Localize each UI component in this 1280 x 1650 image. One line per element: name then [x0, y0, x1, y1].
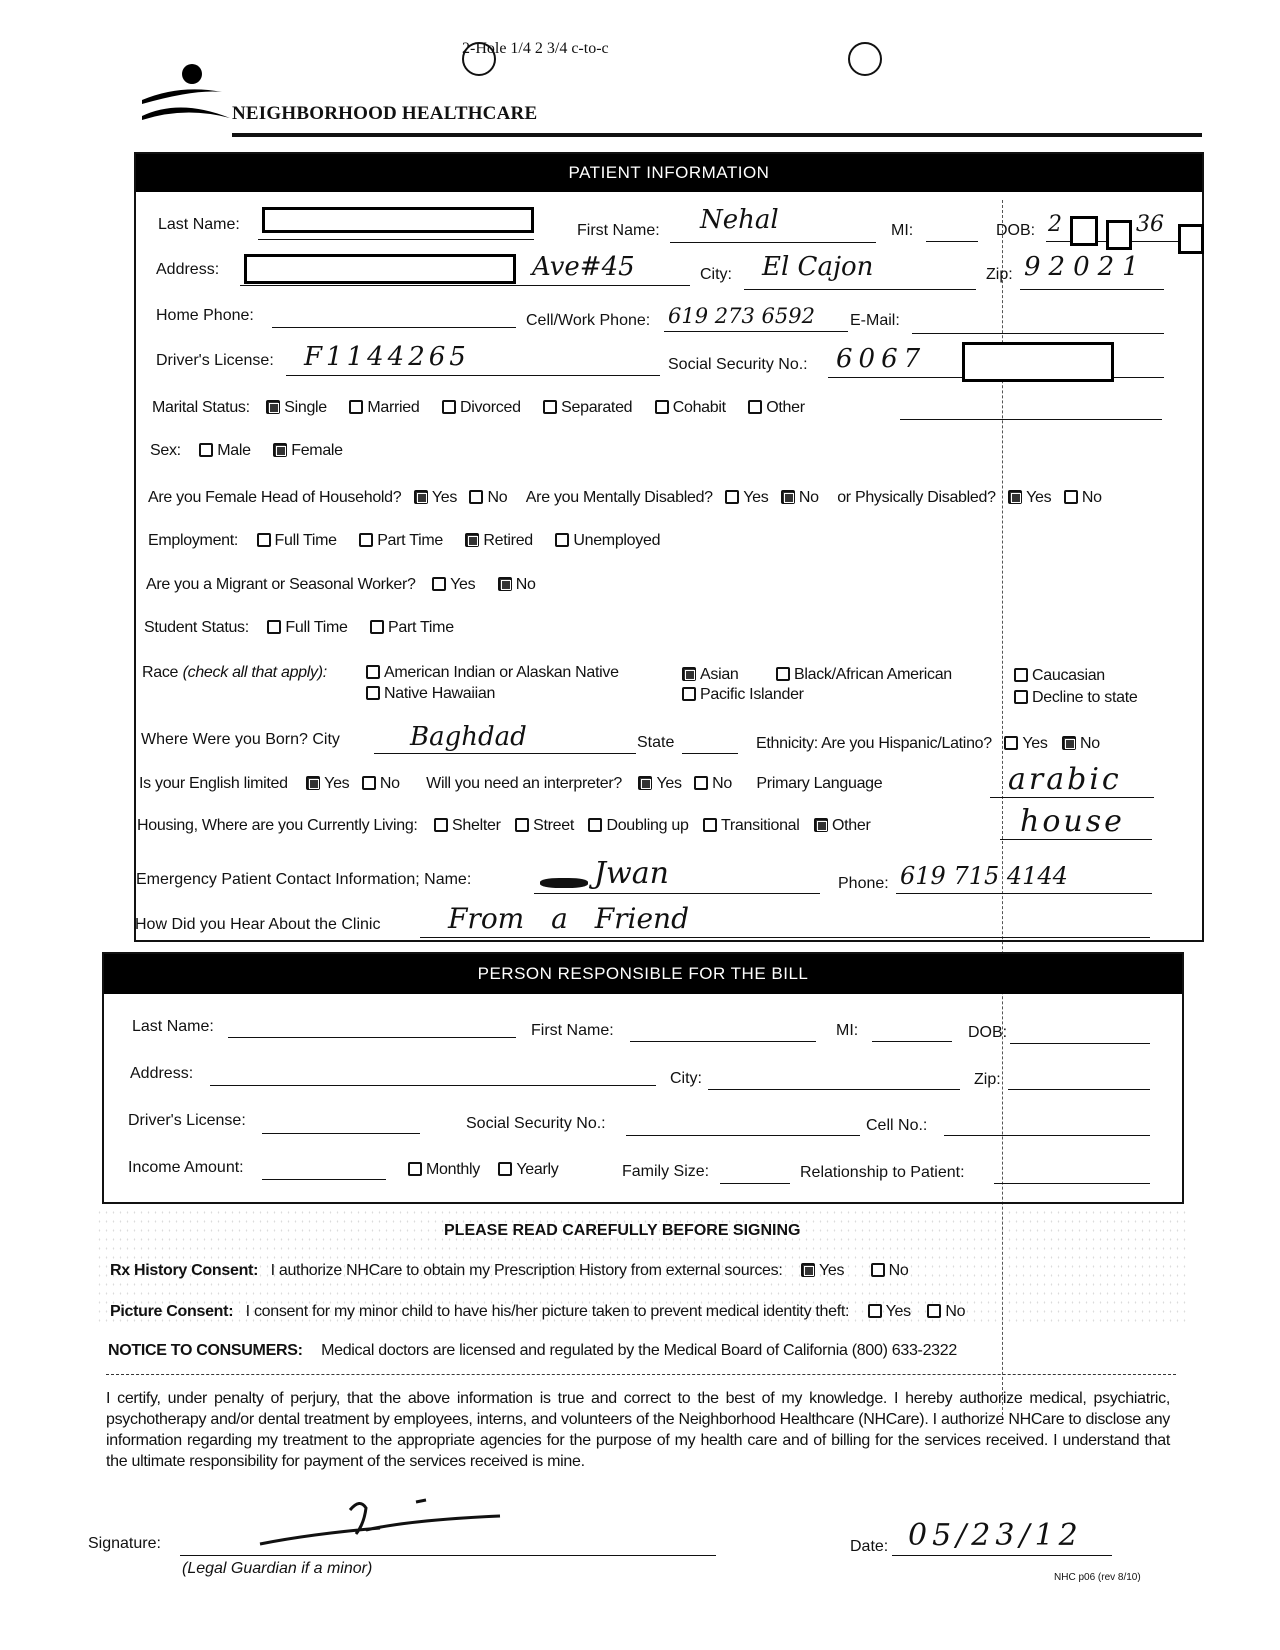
checkbox-icon[interactable] [1014, 668, 1028, 682]
zip-value: 92021 [1024, 252, 1147, 282]
notice-row: NOTICE TO CONSUMERS: Medical doctors are… [108, 1342, 957, 1360]
cell-phone-value: 619 273 6592 [668, 304, 815, 328]
emergency-phone-label: Phone: [838, 875, 889, 893]
checkbox-checked-icon[interactable] [801, 1263, 815, 1277]
date-value: 05/23/12 [908, 1518, 1083, 1553]
email-label: E-Mail: [850, 312, 900, 330]
employment-row: Employment: Full Time Part Time Retired … [148, 532, 678, 550]
household-disability-row: Are you Female Head of Household? Yes No… [148, 489, 1102, 507]
date-label: Date: [850, 1538, 888, 1556]
picture-consent-row: Picture Consent: I consent for my minor … [110, 1303, 983, 1321]
rp-drivers-license-label: Driver's License: [128, 1112, 246, 1130]
marital-other-field[interactable] [900, 398, 1162, 420]
housing-row: Housing, Where are you Currently Living:… [137, 817, 871, 835]
income-monthly[interactable]: Monthly [408, 1161, 480, 1179]
checkbox-icon[interactable] [588, 818, 602, 832]
housing-label: Housing, Where are you Currently Living: [137, 817, 418, 834]
race-caucasian[interactable]: Caucasian [1014, 667, 1105, 685]
emergency-contact-label: Emergency Patient Contact Information; N… [136, 871, 471, 889]
rp-relationship-field[interactable] [994, 1160, 1150, 1184]
student-part-time[interactable]: Part Time [370, 619, 454, 637]
mi-label: MI: [891, 222, 913, 240]
rp-last-name-label: Last Name: [132, 1018, 214, 1036]
checkbox-icon[interactable] [655, 400, 669, 414]
dob-part-1: 2 [1048, 212, 1062, 237]
punch-hole-mark [848, 42, 882, 76]
rp-address-label: Address: [130, 1065, 193, 1083]
rx-consent-row: Rx History Consent: I authorize NHCare t… [110, 1262, 926, 1280]
notice-label: NOTICE TO CONSUMERS: [108, 1342, 303, 1359]
mi-field[interactable] [926, 218, 978, 242]
marital-divorced-option[interactable]: Divorced [442, 399, 521, 417]
rp-city-label: City: [670, 1070, 702, 1088]
checkbox-checked-icon[interactable] [638, 776, 652, 790]
redaction-box [262, 207, 534, 233]
picture-consent-label: Picture Consent: [110, 1303, 233, 1320]
employment-unemployed[interactable]: Unemployed [555, 532, 660, 550]
rx-consent-no[interactable]: No [871, 1262, 909, 1280]
english-limited-no[interactable]: No [362, 775, 400, 793]
race-asian[interactable]: Asian [682, 666, 739, 684]
checkbox-icon[interactable] [349, 400, 363, 414]
interpreter-label: Will you need an interpreter? [426, 775, 622, 792]
ethnicity-yes[interactable]: Yes [1004, 735, 1047, 753]
dob-label: DOB: [996, 222, 1035, 240]
checkbox-checked-icon[interactable] [1008, 490, 1022, 504]
checkbox-icon[interactable] [199, 443, 213, 457]
housing-other-value: house [1020, 804, 1125, 839]
head-of-household-yes[interactable]: Yes [414, 489, 457, 507]
checkbox-icon[interactable] [871, 1263, 885, 1277]
checkbox-icon[interactable] [682, 687, 696, 701]
checkbox-icon[interactable] [469, 490, 483, 504]
redaction-box [1070, 216, 1098, 246]
migrant-yes[interactable]: Yes [432, 576, 475, 594]
checkbox-icon[interactable] [776, 667, 790, 681]
city-label: City: [700, 266, 732, 284]
english-limited-label: Is your English limited [139, 775, 288, 792]
checkbox-icon[interactable] [1014, 690, 1028, 704]
student-row: Student Status: Full Time Part Time [144, 619, 472, 637]
birth-city-value: Baghdad [410, 722, 527, 752]
checkbox-icon[interactable] [498, 1162, 512, 1176]
rp-first-name-label: First Name: [531, 1022, 614, 1040]
race-decline[interactable]: Decline to state [1014, 689, 1137, 707]
student-full-time[interactable]: Full Time [267, 619, 347, 637]
emergency-name-value: Jwan [594, 856, 669, 891]
checkbox-icon[interactable] [442, 400, 456, 414]
rp-mi-label: MI: [836, 1022, 858, 1040]
signature-label: Signature: [88, 1535, 161, 1553]
checkbox-icon[interactable] [366, 686, 380, 700]
city-value: El Cajon [762, 252, 873, 282]
checkbox-icon[interactable] [543, 400, 557, 414]
employment-retired[interactable]: Retired [465, 532, 532, 550]
employment-part-time[interactable]: Part Time [359, 532, 443, 550]
marital-single-option[interactable]: Single [266, 399, 327, 417]
rp-dob-field[interactable] [1010, 1020, 1150, 1044]
checkbox-checked-icon[interactable] [814, 818, 828, 832]
divider [106, 1374, 1176, 1375]
checkbox-icon[interactable] [927, 1304, 941, 1318]
employment-full-time[interactable]: Full Time [257, 532, 337, 550]
primary-language-value: arabic [1008, 762, 1122, 797]
header-rule [232, 133, 1202, 137]
redaction-box [962, 342, 1114, 382]
last-name-label: Last Name: [158, 216, 240, 234]
drivers-license-value: F1144265 [304, 342, 470, 372]
checkbox-checked-icon[interactable] [266, 400, 280, 414]
form-code: NHC p06 (rev 8/10) [1054, 1572, 1141, 1583]
section-title: PERSON RESPONSIBLE FOR THE BILL [104, 954, 1182, 994]
checkbox-checked-icon[interactable] [465, 533, 479, 547]
housing-transitional[interactable]: Transitional [703, 817, 800, 835]
race-label-group: Race (check all that apply): [142, 664, 327, 682]
address-value: Ave#45 [532, 252, 635, 282]
redaction-box [1106, 220, 1132, 250]
employment-label: Employment: [148, 532, 238, 549]
physically-disabled-label: or Physically Disabled? [837, 489, 996, 506]
referral-value: From a Friend [448, 902, 689, 935]
migrant-row: Are you a Migrant or Seasonal Worker? Ye… [146, 576, 554, 594]
checkbox-icon[interactable] [366, 665, 380, 679]
checkbox-icon[interactable] [748, 400, 762, 414]
email-field[interactable] [912, 310, 1164, 334]
state-label: State [637, 734, 674, 752]
emergency-phone-value: 619 715 4144 [900, 862, 1068, 890]
race-american-indian[interactable]: American Indian or Alaskan Native [366, 664, 619, 682]
birthplace-label: Where Were you Born? City [141, 731, 340, 749]
picture-consent-yes[interactable]: Yes [868, 1303, 911, 1321]
drivers-license-label: Driver's License: [156, 352, 274, 370]
zip-label: Zip: [986, 266, 1013, 284]
housing-street[interactable]: Street [515, 817, 574, 835]
certification-text: I certify, under penalty of perjury, tha… [106, 1388, 1170, 1472]
cell-phone-label: Cell/Work Phone: [526, 312, 650, 330]
checkbox-checked-icon[interactable] [498, 577, 512, 591]
mentally-disabled-yes[interactable]: Yes [725, 489, 768, 507]
rp-first-name-field[interactable] [630, 1018, 816, 1042]
home-phone-field[interactable] [272, 306, 516, 328]
guardian-note: (Legal Guardian if a minor) [182, 1560, 372, 1578]
rp-cell-field[interactable] [944, 1112, 1150, 1136]
checkbox-icon[interactable] [362, 776, 376, 790]
checkbox-icon[interactable] [370, 620, 384, 634]
sex-row: Sex: Male Female [150, 442, 361, 460]
hole-note: 2-Hole 1/4 2 3/4 c-to-c [462, 40, 609, 58]
redaction-box [244, 254, 516, 284]
language-row: Is your English limited Yes No Will you … [139, 775, 882, 793]
checkbox-checked-icon[interactable] [682, 667, 696, 681]
head-of-household-no[interactable]: No [469, 489, 507, 507]
physically-disabled-yes[interactable]: Yes [1008, 489, 1051, 507]
rp-relationship-label: Relationship to Patient: [800, 1164, 965, 1182]
rp-cell-label: Cell No.: [866, 1117, 927, 1135]
income-yearly[interactable]: Yearly [498, 1161, 558, 1179]
checkbox-icon[interactable] [694, 776, 708, 790]
race-note: (check all that apply): [183, 664, 327, 681]
rp-income-label: Income Amount: [128, 1159, 244, 1177]
section-title: PATIENT INFORMATION [136, 154, 1202, 192]
address-label: Address: [156, 261, 219, 279]
consent-heading: PLEASE READ CAREFULLY BEFORE SIGNING [444, 1222, 801, 1240]
checkbox-checked-icon[interactable] [781, 490, 795, 504]
housing-doubling-up[interactable]: Doubling up [588, 817, 688, 835]
checkbox-checked-icon[interactable] [414, 490, 428, 504]
race-label: Race [142, 664, 178, 681]
rx-consent-yes[interactable]: Yes [801, 1262, 844, 1280]
ethnicity-label: Ethnicity: Are you Hispanic/Latino? [756, 735, 992, 752]
ethnicity-row: Ethnicity: Are you Hispanic/Latino? Yes … [756, 735, 1100, 753]
rp-zip-label: Zip: [974, 1071, 1001, 1089]
ssn-value: 6067 [836, 344, 926, 374]
head-of-household-label: Are you Female Head of Household? [148, 489, 401, 506]
race-black[interactable]: Black/African American [776, 666, 952, 684]
race-pacific-islander[interactable]: Pacific Islander [682, 686, 804, 704]
checkbox-checked-icon[interactable] [1062, 736, 1076, 750]
ethnicity-no[interactable]: No [1062, 735, 1100, 753]
home-phone-label: Home Phone: [156, 307, 254, 325]
student-status-label: Student Status: [144, 619, 249, 636]
checkbox-icon[interactable] [515, 818, 529, 832]
rp-address-field[interactable] [210, 1062, 656, 1086]
marital-status-row: Marital Status: Single Married Divorced … [152, 399, 805, 417]
housing-other[interactable]: Other [814, 817, 871, 835]
birth-state-field[interactable] [682, 732, 738, 754]
rp-zip-field[interactable] [1008, 1066, 1150, 1090]
rp-last-name-field[interactable] [228, 1014, 516, 1038]
rp-mi-field[interactable] [872, 1018, 952, 1042]
checkbox-icon[interactable] [555, 533, 569, 547]
redaction-box [1178, 224, 1204, 254]
race-native-hawaiian[interactable]: Native Hawaiian [366, 685, 495, 703]
marital-status-label: Marital Status: [152, 399, 250, 416]
rx-consent-label: Rx History Consent: [110, 1262, 258, 1279]
rp-family-size-field[interactable] [720, 1160, 790, 1184]
sex-male-option[interactable]: Male [199, 442, 250, 460]
marital-married-option[interactable]: Married [349, 399, 419, 417]
rp-ssn-label: Social Security No.: [466, 1115, 606, 1133]
dob-part-4: 6 [1150, 212, 1164, 237]
picture-consent-no[interactable]: No [927, 1303, 965, 1321]
physically-disabled-no[interactable]: No [1064, 489, 1102, 507]
picture-consent-text: I consent for my minor child to have his… [246, 1303, 850, 1320]
checkbox-icon[interactable] [408, 1162, 422, 1176]
english-limited-yes[interactable]: Yes [306, 775, 349, 793]
sex-label: Sex: [150, 442, 181, 459]
dob-part-3: 3 [1136, 212, 1150, 237]
checkbox-icon[interactable] [1064, 490, 1078, 504]
checkbox-checked-icon[interactable] [273, 443, 287, 457]
scribble-mark [540, 878, 588, 888]
rp-city-field[interactable] [708, 1066, 960, 1090]
checkbox-icon[interactable] [257, 533, 271, 547]
interpreter-no[interactable]: No [694, 775, 732, 793]
sex-female-option[interactable]: Female [273, 442, 343, 460]
checkbox-icon[interactable] [267, 620, 281, 634]
checkbox-checked-icon[interactable] [306, 776, 320, 790]
rx-consent-text: I authorize NHCare to obtain my Prescrip… [271, 1262, 783, 1279]
notice-text: Medical doctors are licensed and regulat… [321, 1342, 957, 1359]
mentally-disabled-no[interactable]: No [781, 489, 819, 507]
migrant-no[interactable]: No [498, 576, 536, 594]
rp-income-field[interactable] [262, 1156, 386, 1180]
migrant-label: Are you a Migrant or Seasonal Worker? [146, 576, 416, 593]
housing-shelter[interactable]: Shelter [434, 817, 501, 835]
referral-label: How Did you Hear About the Clinic [135, 916, 380, 934]
marital-separated-option[interactable]: Separated [543, 399, 632, 417]
checkbox-icon[interactable] [434, 818, 448, 832]
checkbox-icon[interactable] [868, 1304, 882, 1318]
first-name-label: First Name: [577, 222, 660, 240]
org-name: NEIGHBORHOOD HEALTHCARE [232, 103, 537, 125]
neighborhood-healthcare-logo-icon [140, 62, 235, 120]
rp-dob-label: DOB: [968, 1024, 1007, 1042]
ssn-label: Social Security No.: [668, 356, 808, 374]
mentally-disabled-label: Are you Mentally Disabled? [526, 489, 713, 506]
signature-scribble [240, 1494, 520, 1554]
interpreter-yes[interactable]: Yes [638, 775, 681, 793]
checkbox-icon[interactable] [703, 818, 717, 832]
checkbox-icon[interactable] [1004, 736, 1018, 750]
rp-income-period: Monthly Yearly [408, 1161, 576, 1179]
primary-language-label: Primary Language [756, 775, 882, 792]
rp-ssn-field[interactable] [626, 1112, 860, 1136]
marital-other-option[interactable]: Other [748, 399, 805, 417]
rp-family-size-label: Family Size: [622, 1163, 709, 1181]
checkbox-icon[interactable] [432, 577, 446, 591]
first-name-value: Nehal [700, 205, 779, 235]
checkbox-icon[interactable] [725, 490, 739, 504]
checkbox-icon[interactable] [359, 533, 373, 547]
marital-cohabit-option[interactable]: Cohabit [655, 399, 726, 417]
rp-drivers-license-field[interactable] [262, 1110, 420, 1134]
